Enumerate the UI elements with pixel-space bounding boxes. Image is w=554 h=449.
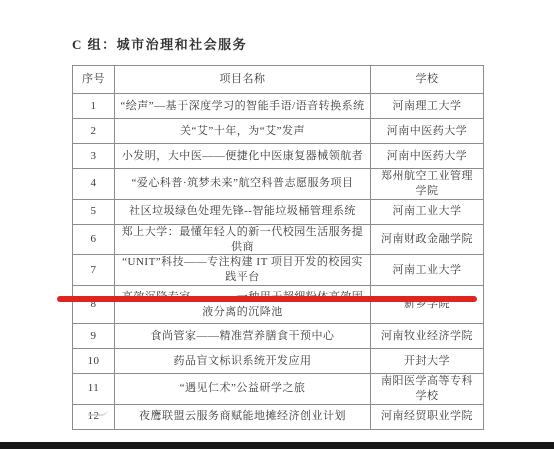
project-name-cell: 郑上大学：最懂年轻人的新一代校园生活服务提供商 bbox=[115, 224, 371, 255]
table-row-10: 10 药品盲文标识系统开发应用 开封大学 bbox=[73, 349, 484, 374]
row-no-cell: 10 bbox=[73, 349, 115, 374]
row-no-cell: 7 bbox=[73, 255, 115, 286]
project-name-cell: “爱心科普·筑梦未来”航空科普志愿服务项目 bbox=[115, 169, 371, 200]
header-school: 学校 bbox=[371, 66, 484, 94]
table-row-7: 7 “UNIT”科技——专注构建 IT 项目开发的校园实践平台 河南工业大学 bbox=[73, 255, 484, 286]
table-row-5: 5 社区垃圾绿色处理先锋--智能垃圾桶管理系统 河南工业大学 bbox=[73, 199, 484, 224]
row-no-cell: 11 bbox=[73, 374, 115, 405]
table-row-6: 6 郑上大学：最懂年轻人的新一代校园生活服务提供商 河南财政金融学院 bbox=[73, 224, 484, 255]
project-name-cell: “UNIT”科技——专注构建 IT 项目开发的校园实践平台 bbox=[115, 255, 371, 286]
row-no-cell: 9 bbox=[73, 324, 115, 349]
project-name-cell: 药品盲文标识系统开发应用 bbox=[115, 349, 371, 374]
table-row-4: 4 “爱心科普·筑梦未来”航空科普志愿服务项目 郑州航空工业管理学院 bbox=[73, 169, 484, 200]
row-no-cell: 4 bbox=[73, 169, 115, 200]
row-no-cell: 8 bbox=[73, 286, 115, 324]
row-no-cell: 5 bbox=[73, 199, 115, 224]
project-name-cell: 关“艾”十年，为“艾”发声 bbox=[115, 119, 371, 144]
project-name-cell: 夜鹰联盟云服务商赋能地摊经济创业计划 bbox=[115, 404, 371, 429]
header-project: 项目名称 bbox=[115, 66, 371, 94]
header-no: 序号 bbox=[73, 66, 115, 94]
table-row-2: 2 关“艾”十年，为“艾”发声 河南中医药大学 bbox=[73, 119, 484, 144]
school-cell: 河南中医药大学 bbox=[371, 144, 484, 169]
project-name-cell: “遇见仁术”公益研学之旅 bbox=[115, 374, 371, 405]
project-name-cell: 小发明，大中医——便捷化中医康复器械领航者 bbox=[115, 144, 371, 169]
project-name-cell: 社区垃圾绿色处理先锋--智能垃圾桶管理系统 bbox=[115, 199, 371, 224]
table-row-12: 12 夜鹰联盟云服务商赋能地摊经济创业计划 河南经贸职业学院 bbox=[73, 404, 484, 429]
school-cell: 河南财政金融学院 bbox=[371, 224, 484, 255]
projects-table: 序号 项目名称 学校 1 “绘声”—基于深度学习的智能手语/语音转换系统 河南理… bbox=[72, 65, 484, 430]
photo-bottom-edge bbox=[0, 442, 554, 449]
school-cell: 河南理工大学 bbox=[371, 94, 484, 119]
project-name-cell: 食尚管家——精准营养膳食干预中心 bbox=[115, 324, 371, 349]
row-no-cell: 12 bbox=[73, 404, 115, 429]
school-cell: 南阳医学高等专科学校 bbox=[371, 374, 484, 405]
project-name-cell: “绘声”—基于深度学习的智能手语/语音转换系统 bbox=[115, 94, 371, 119]
school-cell: 郑州航空工业管理学院 bbox=[371, 169, 484, 200]
school-cell: 河南经贸职业学院 bbox=[371, 404, 484, 429]
red-underline-marker bbox=[57, 296, 477, 302]
school-cell: 河南工业大学 bbox=[371, 255, 484, 286]
table-header-row: 序号 项目名称 学校 bbox=[73, 66, 484, 94]
school-cell: 河南牧业经济学院 bbox=[371, 324, 484, 349]
table-row-9: 9 食尚管家——精准营养膳食干预中心 河南牧业经济学院 bbox=[73, 324, 484, 349]
row-no-cell: 1 bbox=[73, 94, 115, 119]
page-title: C 组：城市治理和社会服务 bbox=[72, 34, 247, 53]
school-cell: 新乡学院 bbox=[371, 286, 484, 324]
table-row-8-marked: 8 高效沉降专家————一种用于超细粉体高效固液分离的沉降池 新乡学院 bbox=[73, 286, 484, 324]
table-row-11: 11 “遇见仁术”公益研学之旅 南阳医学高等专科学校 bbox=[73, 374, 484, 405]
school-cell: 河南中医药大学 bbox=[371, 119, 484, 144]
table-row-3: 3 小发明，大中医——便捷化中医康复器械领航者 河南中医药大学 bbox=[73, 144, 484, 169]
table-row-1: 1 “绘声”—基于深度学习的智能手语/语音转换系统 河南理工大学 bbox=[73, 94, 484, 119]
row-no-cell: 2 bbox=[73, 119, 115, 144]
row-no-cell: 3 bbox=[73, 144, 115, 169]
row-no-cell: 6 bbox=[73, 224, 115, 255]
school-cell: 河南工业大学 bbox=[371, 199, 484, 224]
project-name-cell: 高效沉降专家————一种用于超细粉体高效固液分离的沉降池 bbox=[115, 286, 371, 324]
school-cell: 开封大学 bbox=[371, 349, 484, 374]
